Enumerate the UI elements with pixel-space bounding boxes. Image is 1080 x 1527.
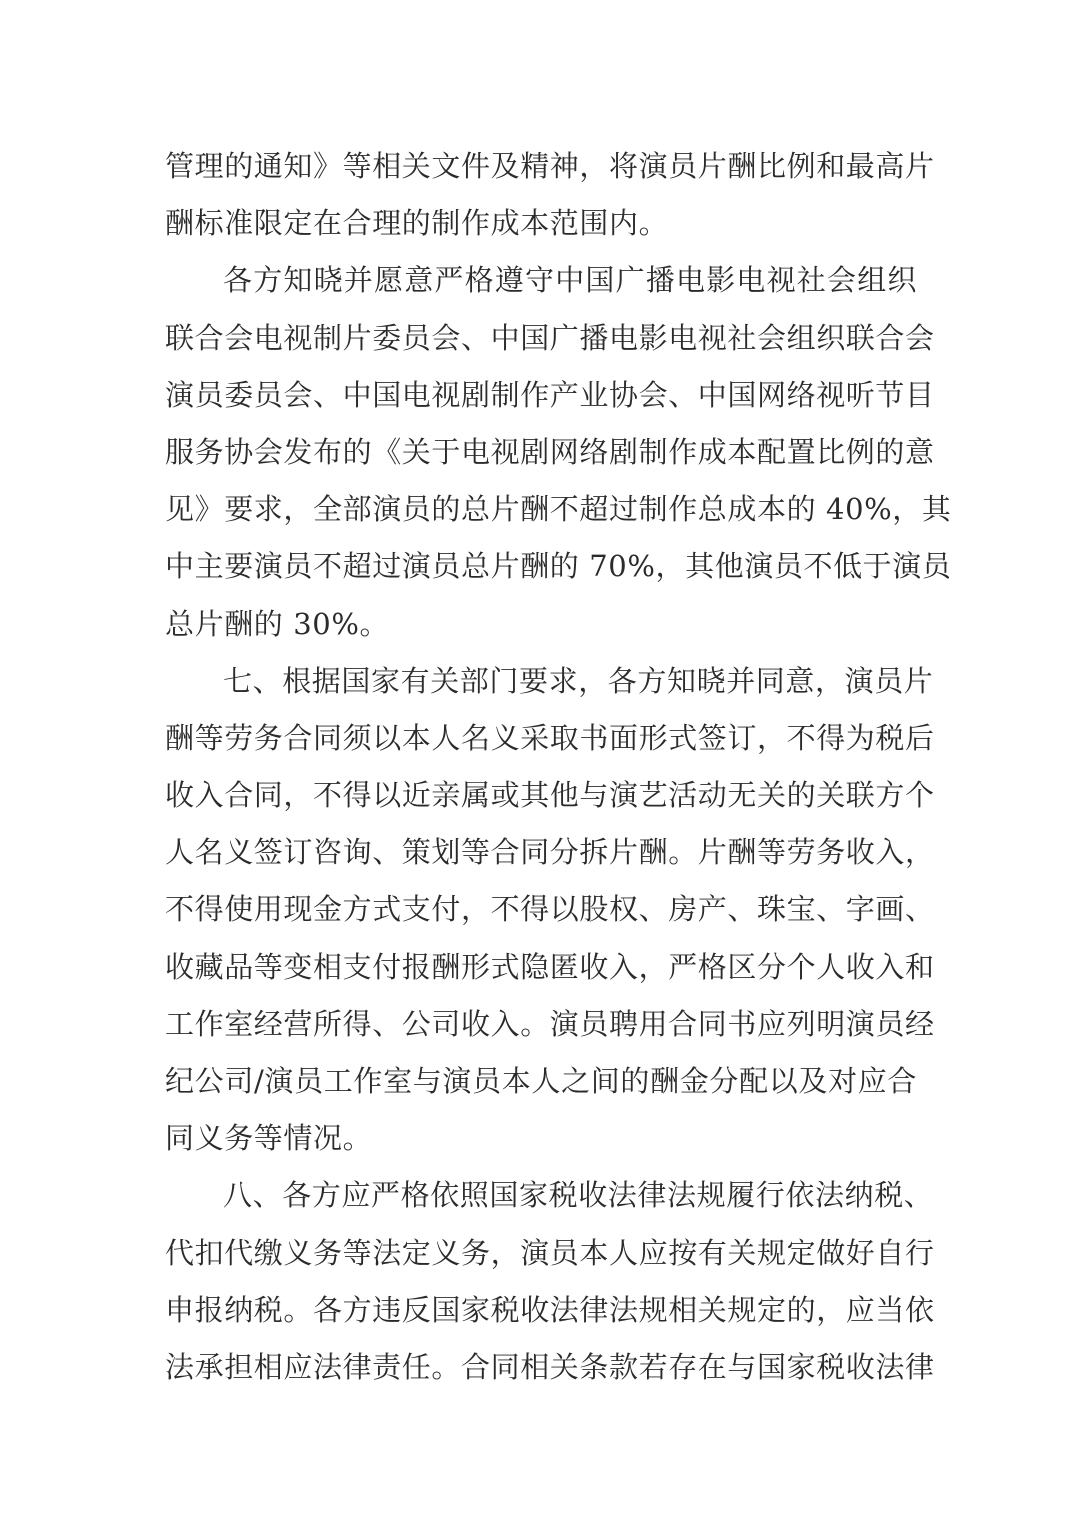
paragraph-cost-ratio: 各方知晓并愿意严格遵守中国广播电影电视社会组织 联合会电视制片委员会、中国广播电…: [165, 252, 917, 652]
text-line: 演员委员会、中国电视剧制作产业协会、中国网络视听节目: [165, 367, 917, 424]
text-line: 联合会电视制片委员会、中国广播电影电视社会组织联合会: [165, 310, 917, 367]
document-page: 管理的通知》等相关文件及精神，将演员片酬比例和最高片 酬标准限定在合理的制作成本…: [165, 138, 917, 1396]
paragraph-continuation: 管理的通知》等相关文件及精神，将演员片酬比例和最高片 酬标准限定在合理的制作成本…: [165, 138, 917, 252]
text-line: 酬标准限定在合理的制作成本范围内。: [165, 195, 917, 252]
text-line: 总片酬的 30%。: [165, 596, 917, 653]
text-line: 管理的通知》等相关文件及精神，将演员片酬比例和最高片: [165, 138, 917, 195]
paragraph-section-seven: 七、根据国家有关部门要求，各方知晓并同意，演员片 酬等劳务合同须以本人名义采取书…: [165, 653, 917, 1168]
text-line: 服务协会发布的《关于电视剧网络剧制作成本配置比例的意: [165, 424, 917, 481]
text-line: 见》要求，全部演员的总片酬不超过制作总成本的 40%，其: [165, 481, 917, 538]
text-line: 酬等劳务合同须以本人名义采取书面形式签订，不得为税后: [165, 710, 917, 767]
text-line: 收入合同，不得以近亲属或其他与演艺活动无关的关联方个: [165, 767, 917, 824]
text-line: 代扣代缴义务等法定义务，演员本人应按有关规定做好自行: [165, 1225, 917, 1282]
text-line: 法承担相应法律责任。合同相关条款若存在与国家税收法律: [165, 1339, 917, 1396]
section-heading-line: 七、根据国家有关部门要求，各方知晓并同意，演员片: [165, 653, 917, 710]
text-line: 不得使用现金方式支付，不得以股权、房产、珠宝、字画、: [165, 881, 917, 938]
text-line: 纪公司/演员工作室与演员本人之间的酬金分配以及对应合: [165, 1053, 917, 1110]
text-line: 申报纳税。各方违反国家税收法律法规相关规定的，应当依: [165, 1282, 917, 1339]
section-heading-line: 八、各方应严格依照国家税收法律法规履行依法纳税、: [165, 1167, 917, 1224]
text-line: 同义务等情况。: [165, 1110, 917, 1167]
text-line: 收藏品等变相支付报酬形式隐匿收入，严格区分个人收入和: [165, 939, 917, 996]
paragraph-section-eight: 八、各方应严格依照国家税收法律法规履行依法纳税、 代扣代缴义务等法定义务，演员本…: [165, 1167, 917, 1396]
text-line: 工作室经营所得、公司收入。演员聘用合同书应列明演员经: [165, 996, 917, 1053]
text-line: 人名义签订咨询、策划等合同分拆片酬。片酬等劳务收入，: [165, 824, 917, 881]
text-line: 各方知晓并愿意严格遵守中国广播电影电视社会组织: [165, 252, 917, 309]
text-line: 中主要演员不超过演员总片酬的 70%，其他演员不低于演员: [165, 538, 917, 595]
